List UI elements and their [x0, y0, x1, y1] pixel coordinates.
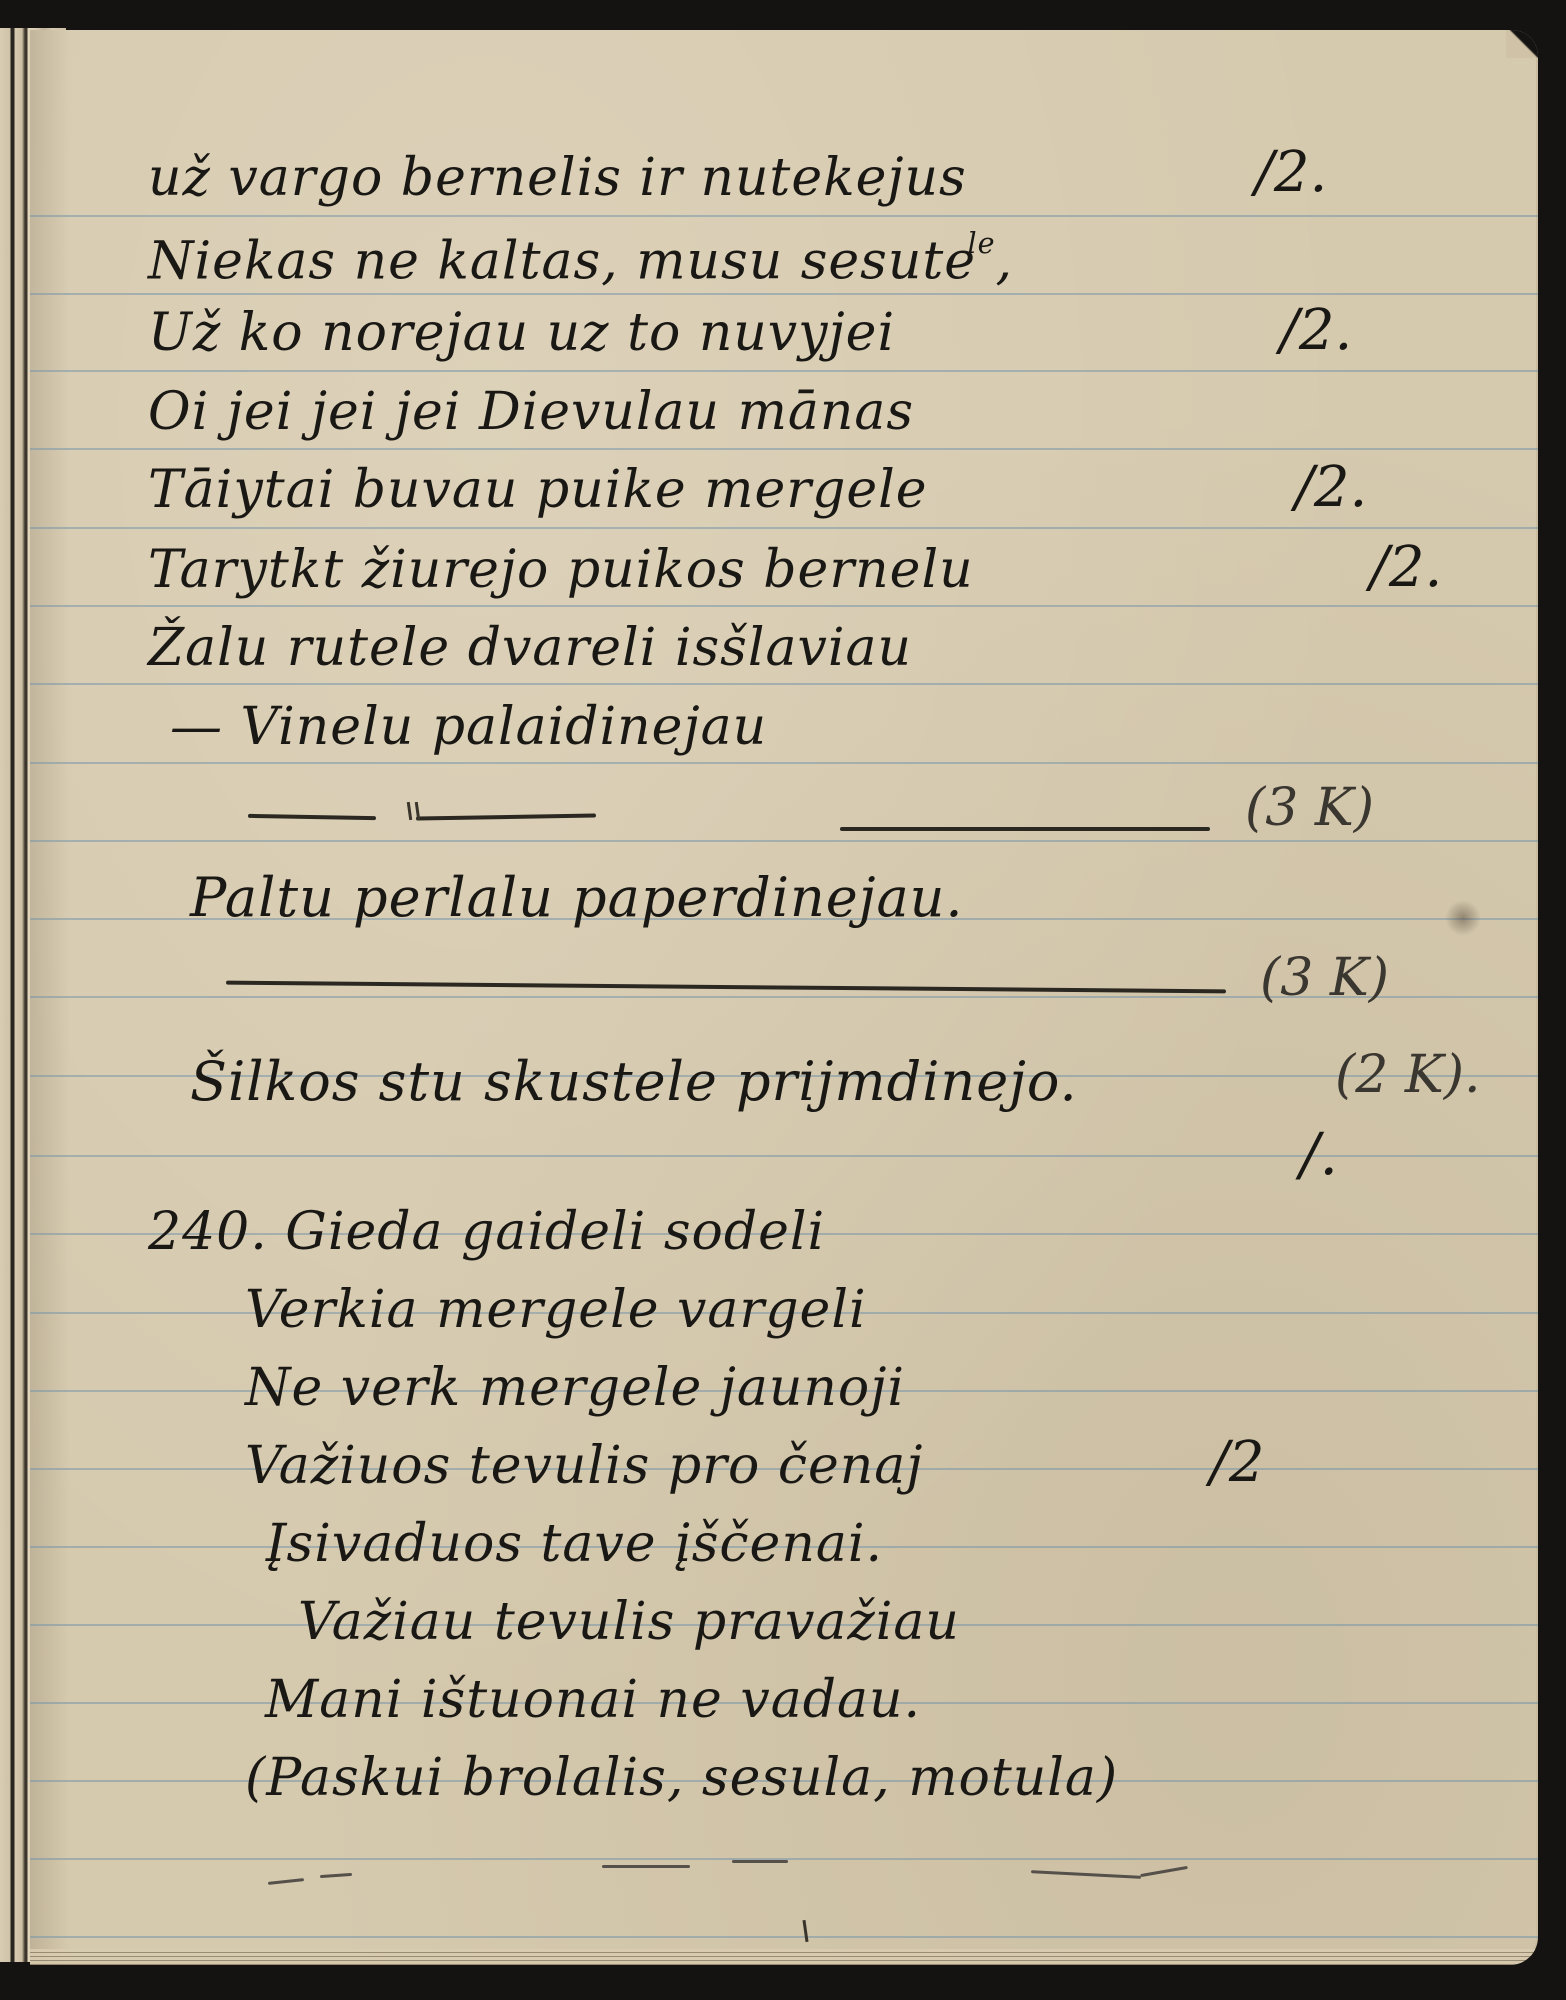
chorus-note: (2 K). [1335, 1045, 1481, 1105]
song-line: už vargo bernelis ir nutekejus [148, 148, 967, 208]
ruled-line [30, 370, 1538, 372]
song-heading: 240. Gieda gaideli sodeli [148, 1202, 825, 1262]
song-line: Paltu perlalu paperdinejau. [190, 866, 964, 929]
ruled-line [30, 762, 1538, 764]
line-text: Oi jei jei jei Dievulau mānas [148, 382, 914, 442]
ditto-dash [732, 1860, 788, 1863]
song-line: Verkia mergele vargeli [245, 1280, 867, 1340]
ruled-line [30, 448, 1538, 450]
song-line: Už ko norejau uz to nuvyjei [148, 303, 895, 363]
ruled-line [30, 683, 1538, 685]
song-line: — Vinelu palaidinejau [170, 697, 767, 757]
line-text: 240. Gieda gaideli sodeli [148, 1202, 825, 1262]
song-line: Tarytkt žiurejo puikos bernelu [148, 540, 974, 600]
song-line: Važiau tevulis pravažiau [298, 1592, 960, 1652]
ruled-line [30, 215, 1538, 217]
repeat-mark: /2. [1280, 298, 1352, 363]
insertion-mark: le [967, 226, 995, 260]
folded-corner [1506, 30, 1538, 58]
ditto-dash [268, 1878, 304, 1885]
song-line: Mani ištuonai ne vadau. [265, 1670, 921, 1730]
line-text: Šilkos stu skustele prijmdinejo. [190, 1050, 1078, 1113]
line-text: Paltu perlalu paperdinejau. [190, 866, 964, 929]
repeat-mark: /2 [1210, 1430, 1265, 1495]
ditto-dash [1140, 1866, 1188, 1877]
chorus-note: (3 K) [1245, 778, 1374, 838]
line-text: už vargo bernelis ir nutekejus [148, 148, 967, 208]
repeat-mark: /2. [1370, 535, 1442, 600]
stray-mark [802, 1920, 808, 1942]
notebook-page: už vargo bernelis ir nutekejus /2. Nieka… [30, 30, 1538, 1965]
line-text: Niekas ne kaltas, musu sesute [148, 232, 976, 292]
ruled-line [30, 527, 1538, 529]
scanned-notebook-image: už vargo bernelis ir nutekejus /2. Nieka… [0, 0, 1566, 2000]
ditto-dash [320, 1873, 352, 1878]
chorus-note: (3 K) [1260, 948, 1389, 1008]
song-line: (Paskui brolalis, sesula, motula) [245, 1748, 1118, 1808]
ditto-dash [416, 813, 596, 820]
line-text: Įsivaduos tave įščenai. [265, 1514, 883, 1574]
repeat-mark: /2. [1255, 140, 1327, 205]
line-text: Tarytkt žiurejo puikos bernelu [148, 540, 974, 600]
punctuation: , [996, 232, 1014, 292]
ditto-dash [248, 814, 376, 820]
binding-gap [0, 1962, 66, 2000]
line-text: Verkia mergele vargeli [245, 1280, 867, 1340]
line-text: (Paskui brolalis, sesula, motula) [245, 1748, 1118, 1808]
divider-line [226, 981, 1226, 994]
ditto-mark [407, 802, 412, 820]
song-line: Žalu rutele dvareli isšlaviau [148, 618, 912, 678]
line-text: Tāiytai buvau puike mergele [148, 460, 928, 520]
ditto-dash [602, 1865, 690, 1868]
line-text: Ne verk mergele jaunoji [245, 1358, 905, 1418]
line-text: Mani ištuonai ne vadau. [265, 1670, 921, 1730]
end-mark: /. [1300, 1120, 1338, 1188]
line-text: Važiuos tevulis pro čenaj [245, 1436, 923, 1496]
song-line: Šilkos stu skustele prijmdinejo. [190, 1050, 1078, 1113]
line-text: Važiau tevulis pravažiau [298, 1592, 960, 1652]
line-text: Žalu rutele dvareli isšlaviau [148, 618, 912, 678]
song-line: Įsivaduos tave įščenai. [265, 1514, 883, 1574]
ruled-line [30, 605, 1538, 607]
line-text: Už ko norejau uz to nuvyjei [148, 303, 895, 363]
ditto-dash [1031, 1870, 1141, 1879]
page-stack-edge [30, 1949, 1538, 1965]
ditto-dash [840, 827, 1210, 831]
song-line: Ne verk mergele jaunoji [245, 1358, 905, 1418]
song-line: Važiuos tevulis pro čenaj [245, 1436, 923, 1496]
ink-smudge [1445, 900, 1481, 936]
song-line: Oi jei jei jei Dievulau mānas [148, 382, 914, 442]
song-line: Niekas ne kaltas, musu sesutele, [148, 226, 1013, 292]
repeat-mark: /2. [1295, 455, 1367, 520]
ruled-line [30, 1936, 1538, 1938]
song-line: Tāiytai buvau puike mergele [148, 460, 928, 520]
ruled-line [30, 840, 1538, 842]
ruled-line [30, 293, 1538, 295]
line-text: — Vinelu palaidinejau [170, 697, 767, 757]
